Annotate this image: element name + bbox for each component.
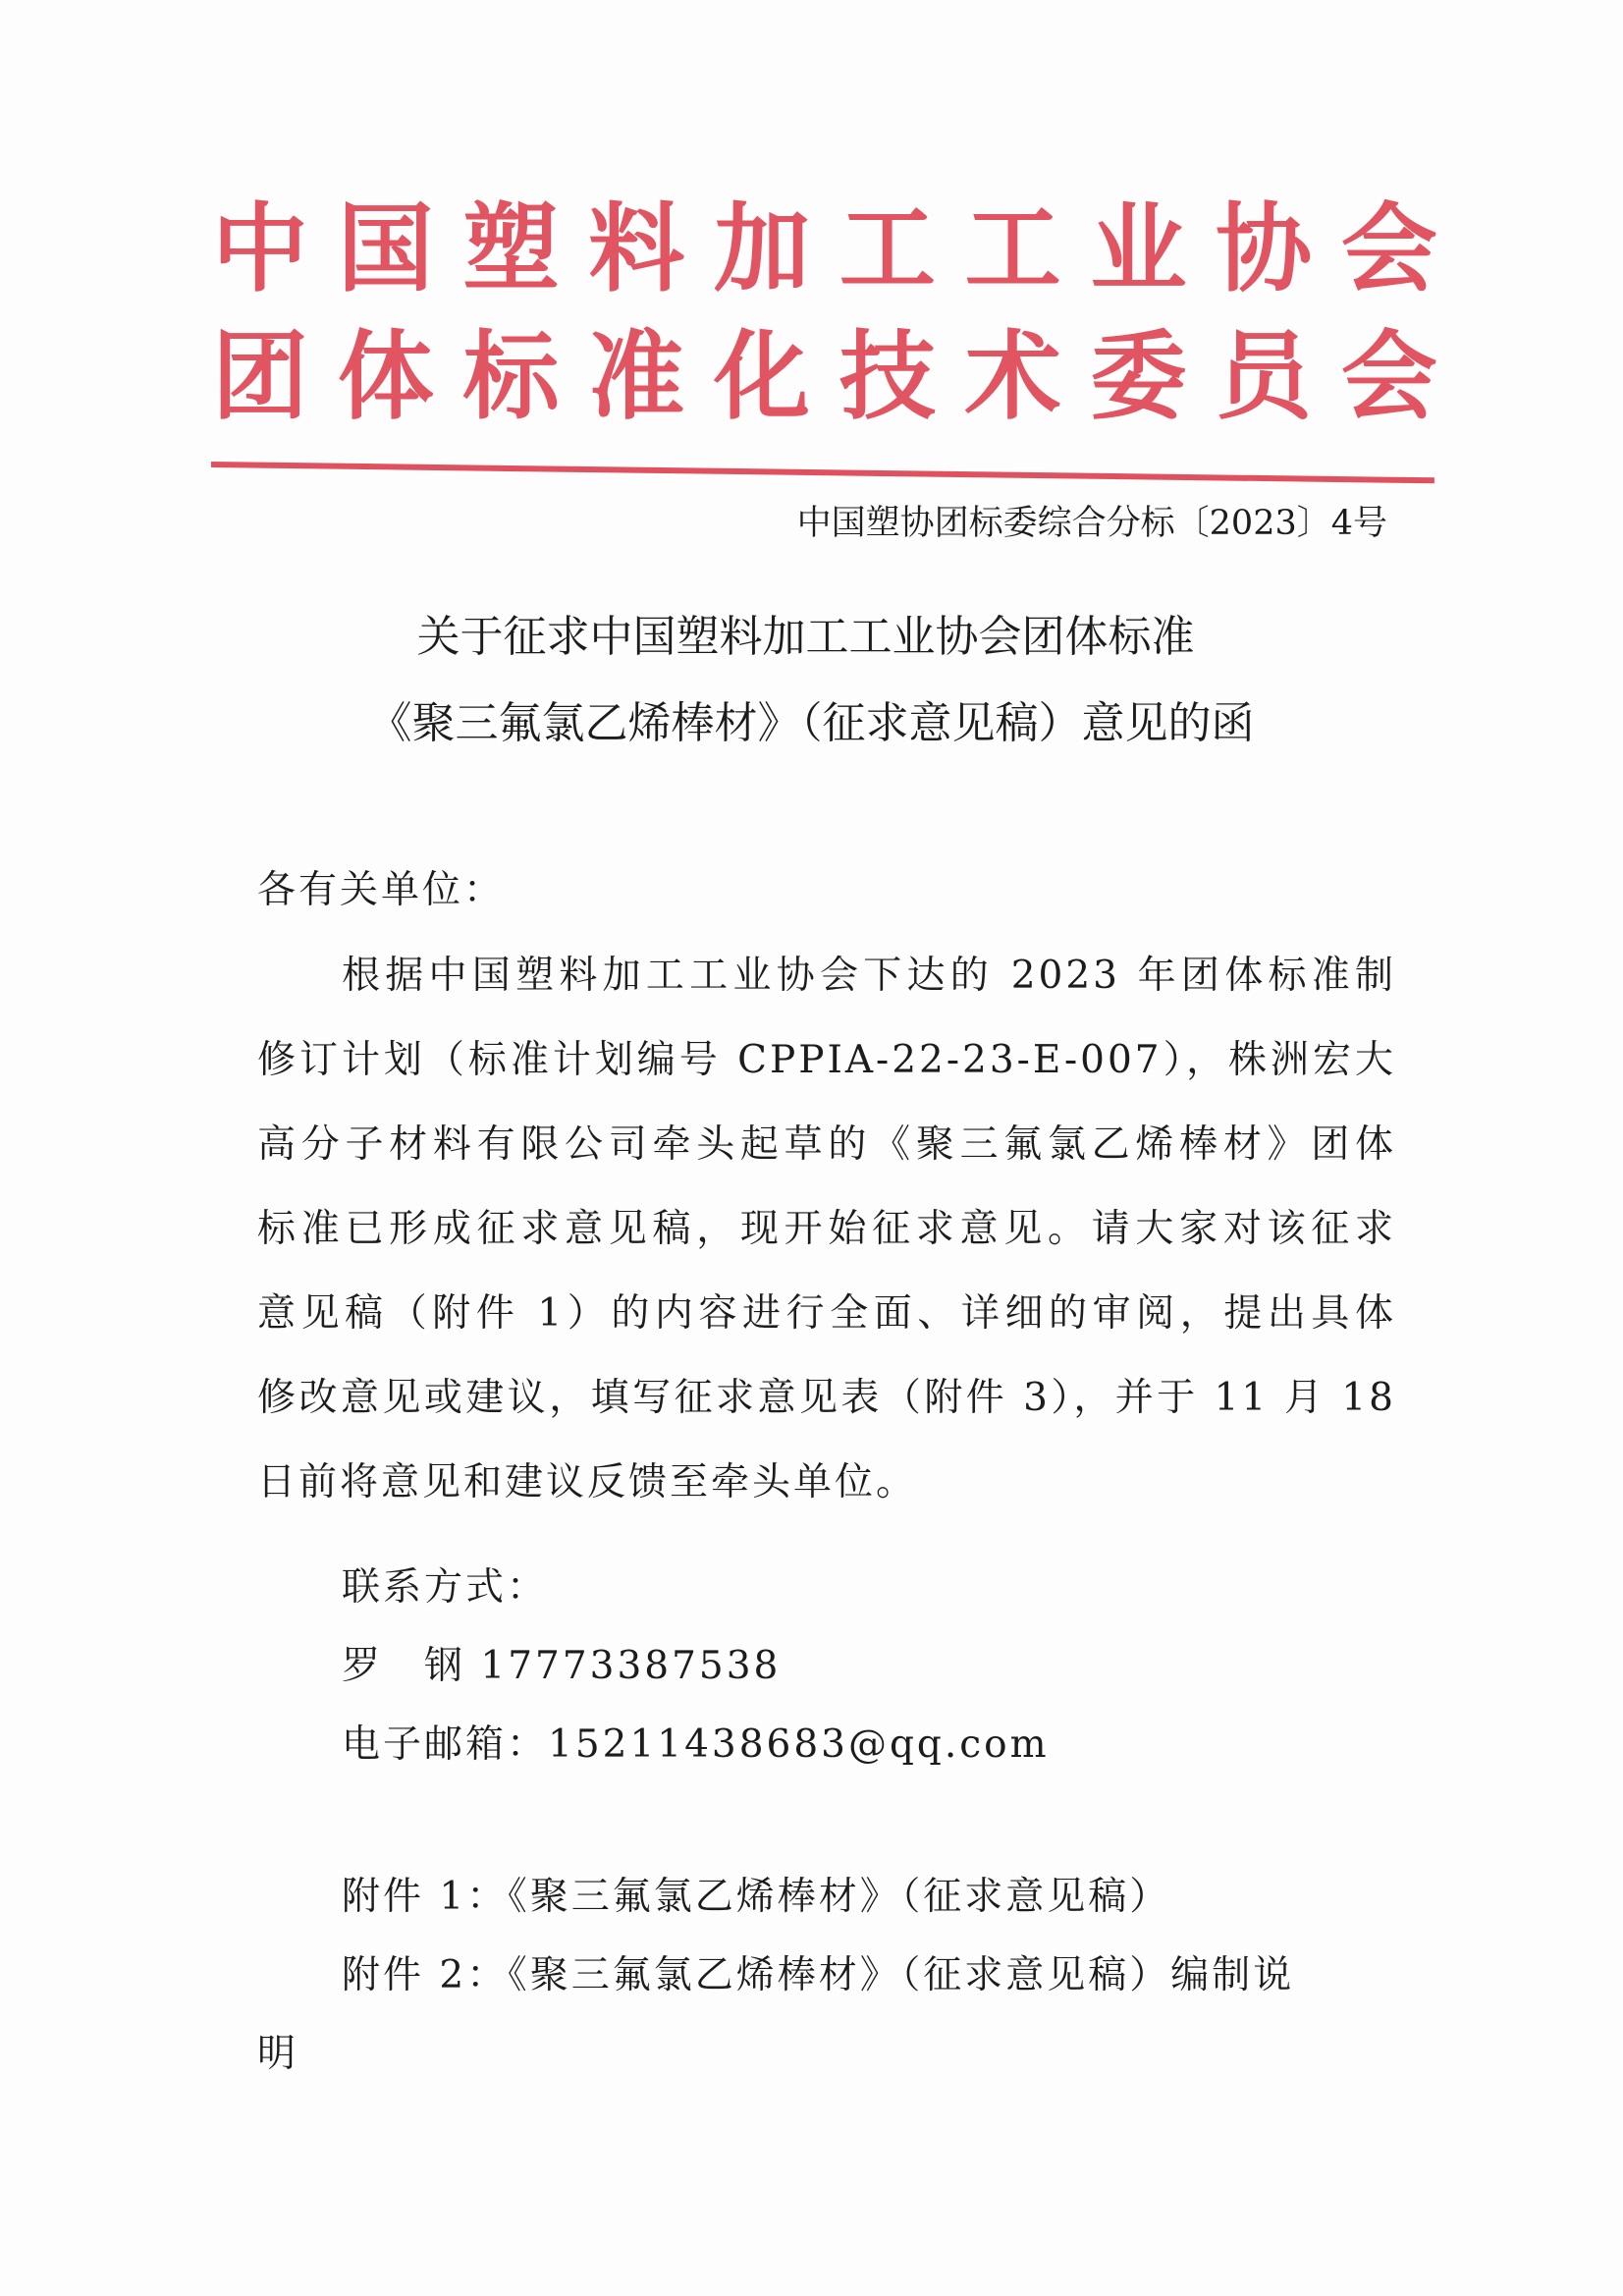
document-title-line-1: 关于征求中国塑料加工工业协会团体标准 — [0, 601, 1617, 664]
paragraph-line: 根据中国塑料加工工业协会下达的 2023 年团体标准制 — [342, 945, 1396, 1000]
org-name-line-2: 团 体 标 准 化 技 术 委 员 会 — [206, 329, 1443, 425]
paragraph-line: 意见稿（附件 1）的内容进行全面、详细的审阅，提出具体 — [257, 1283, 1396, 1338]
attachment-2-wrap: 明 — [257, 2023, 298, 2078]
org-char: 团 — [206, 329, 314, 425]
org-char: 加 — [708, 201, 816, 298]
contact-heading: 联系方式： — [342, 1557, 548, 1612]
org-char: 会 — [1335, 201, 1443, 298]
org-char: 标 — [458, 329, 566, 425]
document-page: 中 国 塑 料 加 工 工 业 协 会 团 体 标 准 化 技 术 委 员 会 … — [0, 0, 1623, 2296]
org-char: 工 — [834, 201, 942, 298]
salutation: 各有关单位： — [257, 859, 505, 914]
org-char: 术 — [959, 329, 1067, 425]
contact-email: 电子邮箱：15211438683@qq.com — [342, 1714, 1050, 1769]
org-char: 工 — [959, 201, 1067, 298]
org-char: 塑 — [458, 201, 566, 298]
org-char: 技 — [834, 329, 942, 425]
document-number: 中国塑协团标委综合分标〔2023〕4号 — [797, 496, 1387, 545]
paragraph-line: 修改意见或建议，填写征求意见表（附件 3），并于 11 月 18 — [257, 1367, 1396, 1422]
paragraph-line: 标准已形成征求意见稿，现开始征求意见。请大家对该征求 — [257, 1198, 1396, 1253]
attachment-2: 附件 2：《聚三氟氯乙烯棒材》（征求意见稿）编制说 — [342, 1944, 1294, 1999]
attachment-1: 附件 1：《聚三氟氯乙烯棒材》（征求意见稿） — [342, 1866, 1170, 1921]
org-char: 中 — [206, 201, 314, 298]
document-title-line-2: 《聚三氟氯乙烯棒材》（征求意见稿）意见的函 — [0, 687, 1623, 750]
paragraph-line: 修订计划（标准计划编号 CPPIA-22-23-E-007），株洲宏大 — [257, 1029, 1396, 1084]
header-divider — [211, 462, 1434, 483]
paragraph-line: 高分子材料有限公司牵头起草的《聚三氟氯乙烯棒材》团体 — [257, 1114, 1396, 1169]
org-char: 国 — [332, 201, 440, 298]
org-char: 业 — [1084, 201, 1192, 298]
org-char: 准 — [582, 329, 690, 425]
org-char: 体 — [332, 329, 440, 425]
contact-person: 罗 钢 17773387538 — [342, 1635, 781, 1690]
paragraph-line: 日前将意见和建议反馈至牵头单位。 — [257, 1451, 1396, 1506]
org-char: 员 — [1210, 329, 1318, 425]
org-char: 协 — [1210, 201, 1318, 298]
org-char: 化 — [708, 329, 816, 425]
org-char: 委 — [1084, 329, 1192, 425]
org-name-line-1: 中 国 塑 料 加 工 工 业 协 会 — [206, 201, 1443, 298]
org-char: 会 — [1335, 329, 1443, 425]
org-char: 料 — [582, 201, 690, 298]
